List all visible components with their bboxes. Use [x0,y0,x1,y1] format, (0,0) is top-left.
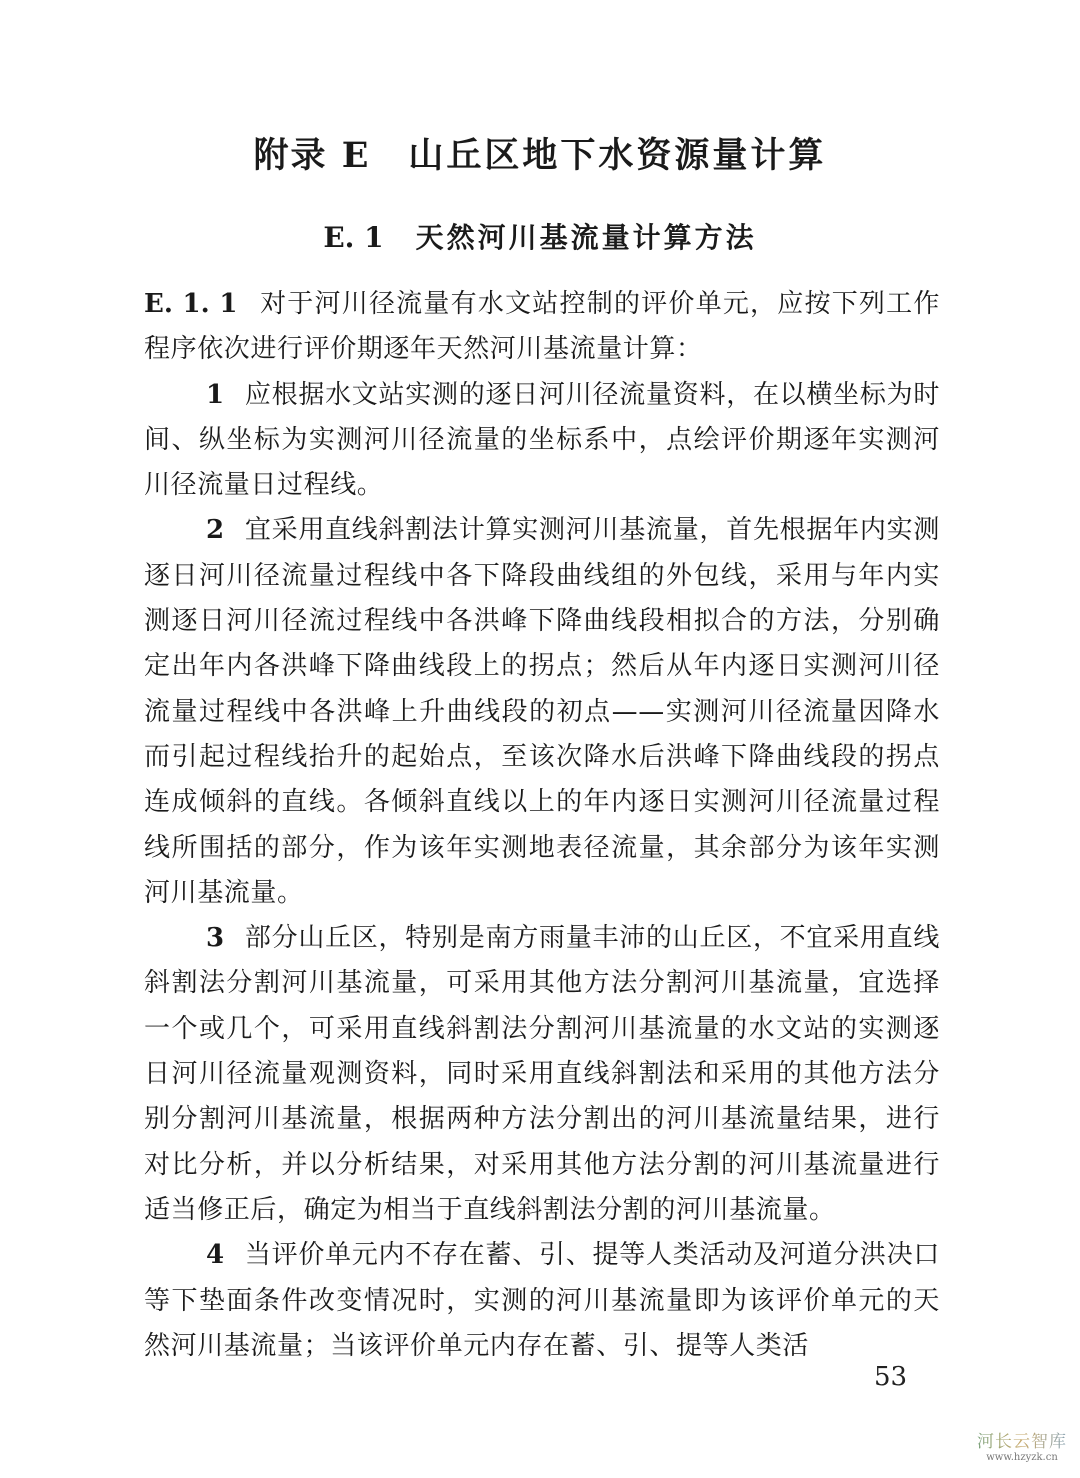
appendix-label: 附录 E [254,135,371,176]
item-text: 当评价单元内不存在蓄、引、提等人类活动及河道分洪决口等下垫面条件改变情况时，实测… [144,1240,940,1361]
section-title-text: 天然河川基流量计算方法 [416,221,757,254]
list-item: 3部分山丘区，特别是南方雨量丰沛的山丘区，不宜采用直线斜割法分割河川基流量，可采… [144,916,940,1233]
page-number: 53 [874,1362,907,1392]
list-item: 1应根据水文站实测的逐日河川径流量资料，在以横坐标为时间、纵坐标为实测河川径流量… [144,373,940,509]
watermark: 河长云智库 www.hzyzk.cn [972,1432,1072,1464]
list-item: 4当评价单元内不存在蓄、引、提等人类活动及河道分洪决口等下垫面条件改变情况时，实… [144,1233,940,1369]
watermark-name: 河长云智库 [972,1432,1072,1452]
item-number: 4 [206,1240,225,1270]
item-text: 宜采用直线斜割法计算实测河川基流量，首先根据年内实测逐日河川径流量过程线中各下降… [144,515,940,907]
clause-paragraph: E. 1. 1对于河川径流量有水文站控制的评价单元，应按下列工作程序依次进行评价… [144,282,940,373]
clause-text: 对于河川径流量有水文站控制的评价单元，应按下列工作程序依次进行评价期逐年天然河川… [144,289,940,364]
item-text: 部分山丘区，特别是南方雨量丰沛的山丘区，不宜采用直线斜割法分割河川基流量，可采用… [144,923,940,1225]
section-heading: E. 1天然河川基流量计算方法 [0,216,1080,256]
appendix-title-text: 山丘区地下水资源量计算 [408,136,826,176]
item-text: 应根据水文站实测的逐日河川径流量资料，在以横坐标为时间、纵坐标为实测河川径流量的… [144,380,940,501]
watermark-url: www.hzyzk.cn [972,1452,1072,1464]
item-number: 2 [206,515,225,545]
clause-number: E. 1. 1 [144,289,237,319]
list-item: 2宜采用直线斜割法计算实测河川基流量，首先根据年内实测逐日河川径流量过程线中各下… [144,508,940,916]
document-body: E. 1. 1对于河川径流量有水文站控制的评价单元，应按下列工作程序依次进行评价… [144,282,940,1369]
appendix-title: 附录 E山丘区地下水资源量计算 [0,128,1080,178]
section-number: E. 1 [323,221,383,254]
item-number: 3 [206,923,225,953]
item-number: 1 [206,380,225,410]
